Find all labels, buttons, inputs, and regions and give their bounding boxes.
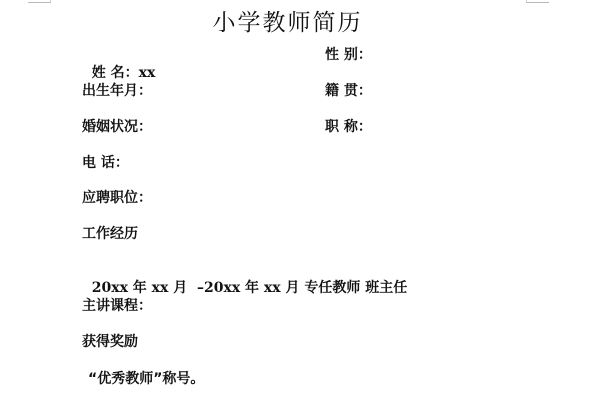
position-label: 应聘职位： — [82, 189, 152, 207]
name-field: 姓 名：xx — [82, 46, 155, 82]
resume-title: 小学教师简历 — [0, 4, 575, 37]
work-entry-text: 20xx 年 xx 月 –20xx 年 xx 月 专任教师 班主任 — [92, 280, 407, 296]
crop-mark-left — [28, 0, 51, 3]
job-title-label: 职 称： — [325, 118, 372, 136]
name-value: xx — [139, 65, 156, 81]
birth-label: 出生年月： — [82, 82, 152, 100]
crop-mark-right — [526, 0, 549, 3]
award-entry: “优秀教师”称号。 — [88, 370, 204, 388]
gender-label: 性 别： — [325, 46, 372, 64]
courses-label: 主讲课程： — [82, 297, 152, 315]
marital-status-label: 婚姻状况： — [82, 118, 152, 136]
work-experience-heading: 工作经历 — [82, 225, 138, 243]
work-experience-entry: 20xx 年 xx 月 –20xx 年 xx 月 专任教师 班主任 — [82, 261, 407, 297]
awards-heading: 获得奖励 — [82, 333, 138, 351]
native-place-label: 籍 贯： — [325, 82, 372, 100]
phone-label: 电 话： — [82, 154, 129, 172]
name-label: 姓 名： — [92, 65, 139, 81]
